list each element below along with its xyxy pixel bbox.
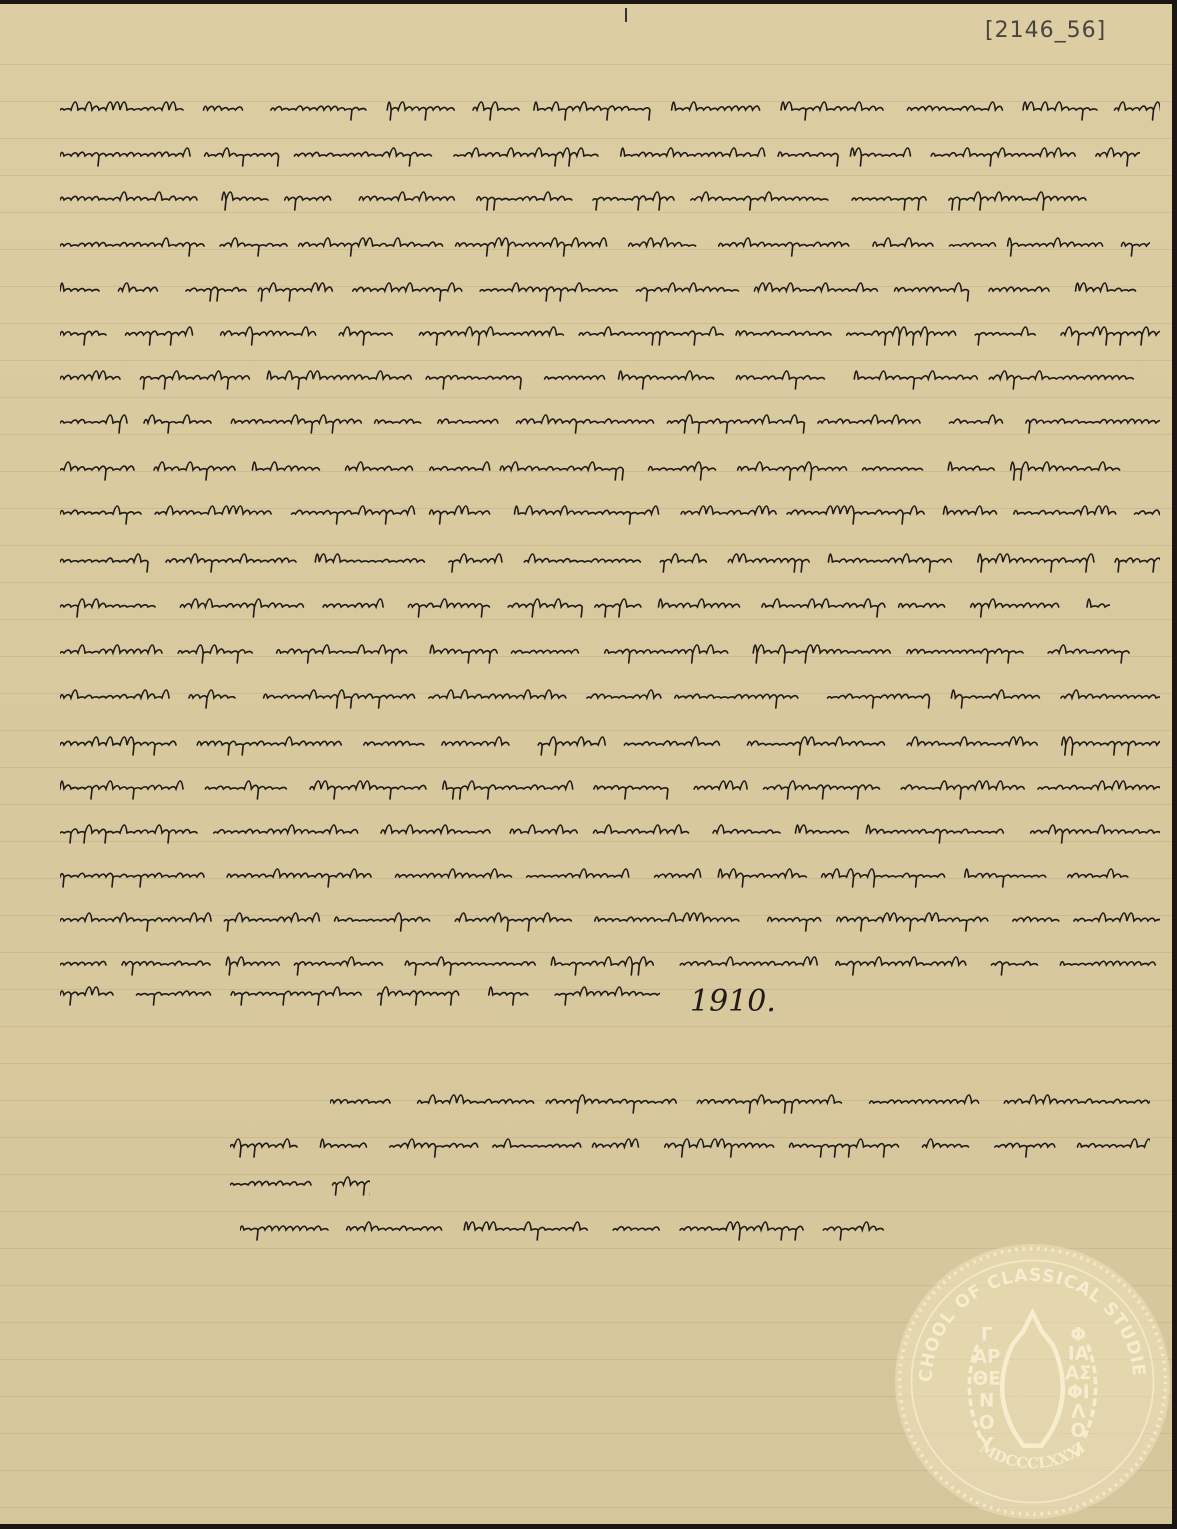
svg-text:Ν: Ν <box>979 1390 994 1411</box>
handwritten-line <box>60 947 1160 977</box>
handwritten-line <box>60 544 1160 574</box>
svg-text:Ο: Ο <box>1071 1421 1087 1442</box>
svg-text:ΙΑ: ΙΑ <box>1068 1344 1090 1365</box>
paper-rule <box>0 582 1172 583</box>
svg-text:Ο: Ο <box>979 1412 995 1433</box>
paper-rule <box>0 64 1172 65</box>
svg-text:ΑΣ: ΑΣ <box>1065 1363 1092 1384</box>
paper-rule <box>0 767 1172 768</box>
handwritten-line <box>60 680 1160 710</box>
svg-text:Λ: Λ <box>1071 1401 1086 1422</box>
page-mark <box>625 8 627 22</box>
signature-line <box>230 1167 370 1197</box>
handwritten-line <box>60 815 1160 845</box>
handwritten-line <box>60 92 1160 122</box>
handwritten-line <box>60 405 1160 435</box>
svg-text:ΑΡ: ΑΡ <box>973 1346 1001 1367</box>
paper-rule <box>0 1026 1172 1027</box>
paper-rule <box>0 804 1172 805</box>
handwritten-line <box>60 228 1150 258</box>
manuscript-page: [2146_56] 1910. AMERICAN SCHOOL OF CLASS… <box>0 4 1172 1524</box>
handwritten-line <box>60 903 1160 933</box>
institution-seal: AMERICAN SCHOOL OF CLASSICAL STUDIES AT … <box>895 1244 1170 1519</box>
paper-rule <box>0 1063 1172 1064</box>
svg-text:ΘΕ: ΘΕ <box>973 1368 1001 1389</box>
handwritten-line <box>60 635 1140 665</box>
svg-text:Φ: Φ <box>1071 1324 1087 1345</box>
svg-text:Υ: Υ <box>979 1434 994 1455</box>
handwritten-line <box>60 977 660 1007</box>
paper-rule <box>0 619 1172 620</box>
handwritten-line <box>60 182 1120 212</box>
paper-rule <box>0 397 1172 398</box>
signature-line <box>330 1085 1150 1115</box>
handwritten-line <box>60 727 1160 757</box>
date-year: 1910. <box>690 984 776 1019</box>
paper-rule <box>0 212 1172 213</box>
svg-text:ΦΙ: ΦΙ <box>1067 1382 1089 1403</box>
paper-rule <box>0 175 1172 176</box>
handwritten-line <box>60 589 1110 619</box>
paper-rule <box>0 1174 1172 1175</box>
handwritten-line <box>60 452 1160 482</box>
handwritten-line <box>60 273 1140 303</box>
handwritten-line <box>60 361 1160 391</box>
handwritten-line <box>60 138 1140 168</box>
handwritten-line <box>60 496 1160 526</box>
signature-line <box>230 1129 1150 1159</box>
archive-id: [2146_56] <box>985 18 1106 43</box>
svg-text:Γ: Γ <box>981 1324 993 1345</box>
handwritten-line <box>60 771 1160 801</box>
handwritten-line <box>60 859 1160 889</box>
signature-line <box>240 1212 920 1242</box>
seal-icon: AMERICAN SCHOOL OF CLASSICAL STUDIES AT … <box>895 1244 1170 1519</box>
svg-text:Ι: Ι <box>1075 1440 1082 1461</box>
handwritten-line <box>60 317 1160 347</box>
